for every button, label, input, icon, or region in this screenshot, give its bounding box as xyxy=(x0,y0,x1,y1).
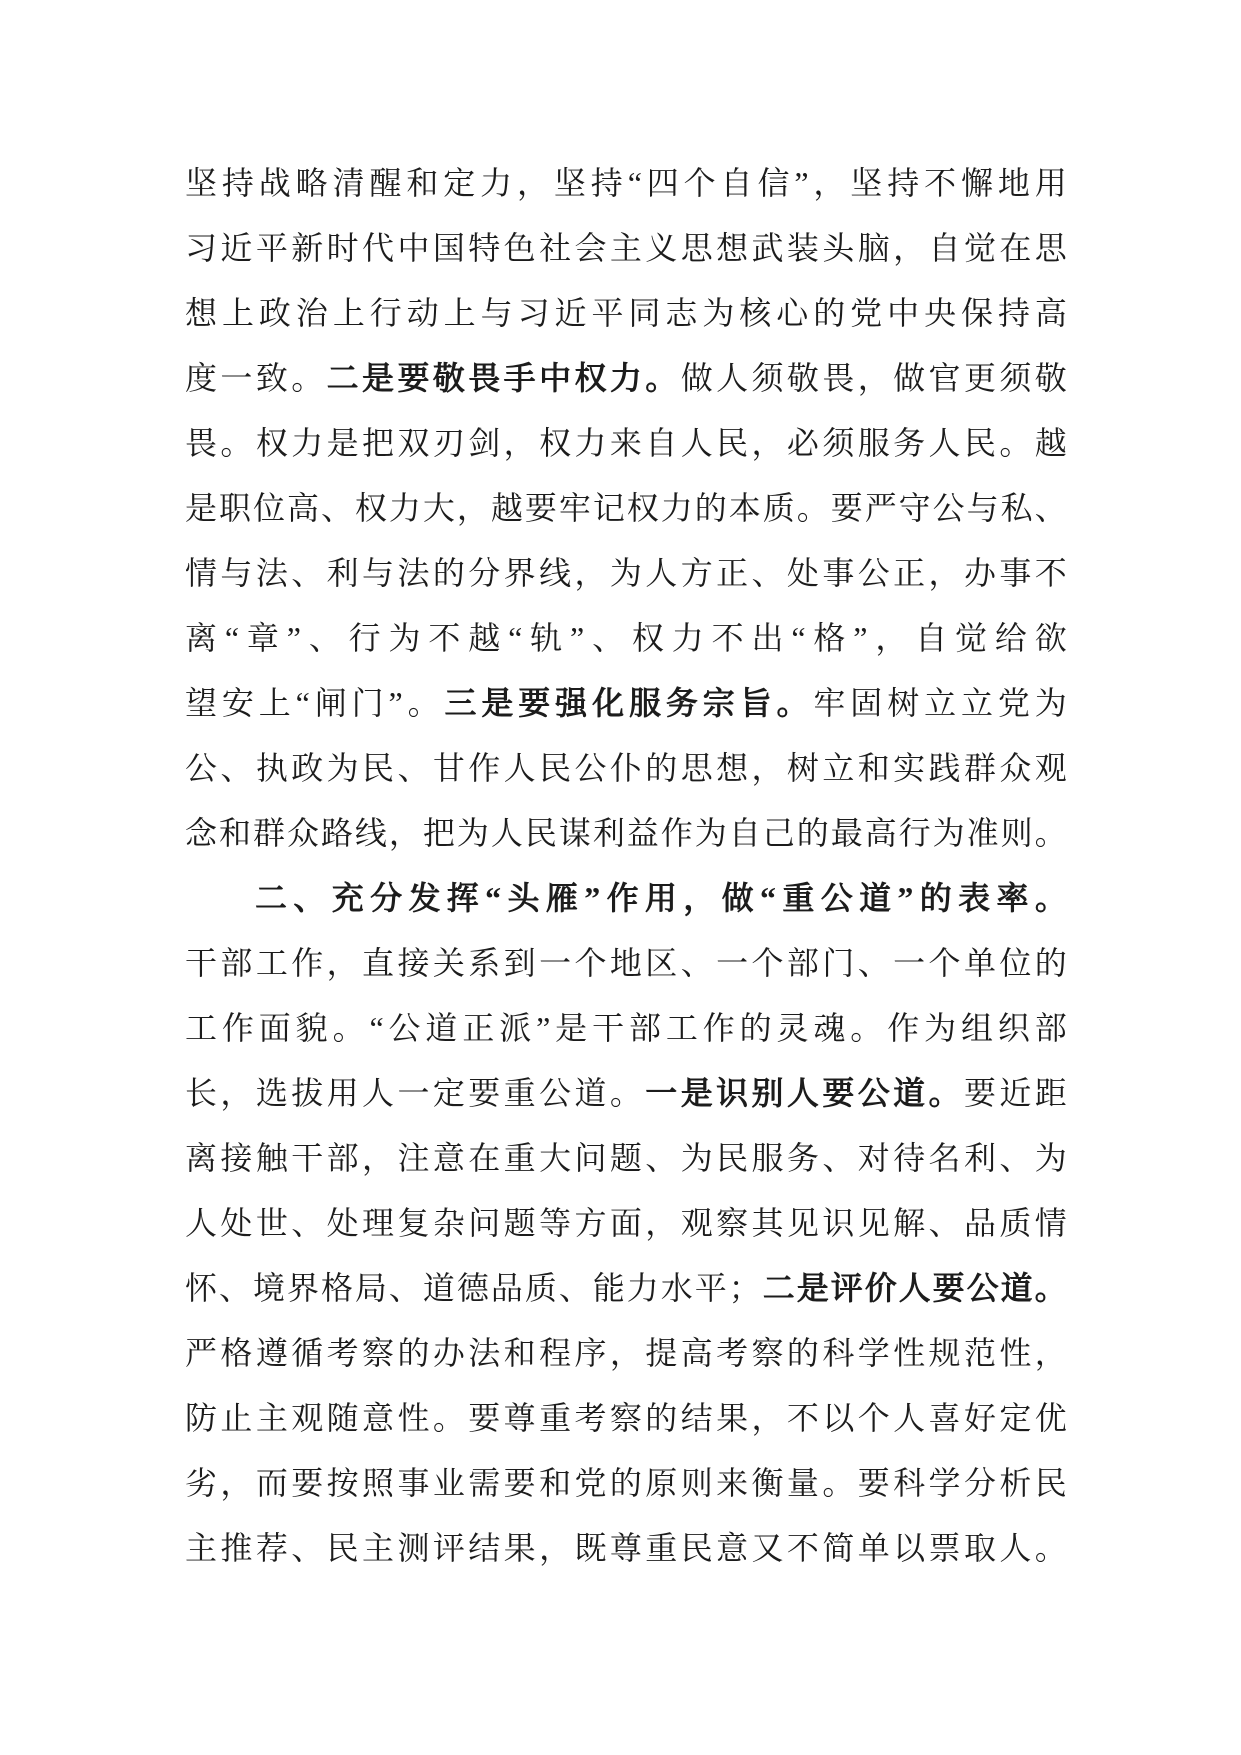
text-line: 长，选拔用人一定要重公道。一是识别人要公道。要近距 xyxy=(185,1061,1067,1126)
document-page: 坚持战略清醒和定力，坚持“四个自信”，坚持不懈地用习近平新时代中国特色社会主义思… xyxy=(0,0,1241,1755)
text-line: 严格遵循考察的办法和程序，提高考察的科学性规范性， xyxy=(185,1321,1067,1386)
text-line: 工作面貌。“公道正派”是干部工作的灵魂。作为组织部 xyxy=(185,996,1067,1061)
text-line: 防止主观随意性。要尊重考察的结果，不以个人喜好定优 xyxy=(185,1386,1067,1451)
text-line: 二、充分发挥“头雁”作用，做“重公道”的表率。 xyxy=(185,866,1067,931)
text-line: 人处世、处理复杂问题等方面，观察其见识见解、品质情 xyxy=(185,1191,1067,1256)
text-line: 情与法、利与法的分界线，为人方正、处事公正，办事不 xyxy=(185,541,1067,606)
text-line: 习近平新时代中国特色社会主义思想武装头脑，自觉在思 xyxy=(185,216,1067,281)
text-line: 公、执政为民、甘作人民公仆的思想，树立和实践群众观 xyxy=(185,736,1067,801)
text-line: 怀、境界格局、道德品质、能力水平；二是评价人要公道。 xyxy=(185,1256,1067,1321)
text-line: 坚持战略清醒和定力，坚持“四个自信”，坚持不懈地用 xyxy=(185,151,1067,216)
text-line: 干部工作，直接关系到一个地区、一个部门、一个单位的 xyxy=(185,931,1067,996)
text-line: 畏。权力是把双刃剑，权力来自人民，必须服务人民。越 xyxy=(185,411,1067,476)
text-line: 离接触干部，注意在重大问题、为民服务、对待名利、为 xyxy=(185,1126,1067,1191)
text-line: 主推荐、民主测评结果，既尊重民意又不简单以票取人。 xyxy=(185,1516,1067,1581)
text-line: 想上政治上行动上与习近平同志为核心的党中央保持高 xyxy=(185,281,1067,346)
text-line: 是职位高、权力大，越要牢记权力的本质。要严守公与私、 xyxy=(185,476,1067,541)
text-block: 坚持战略清醒和定力，坚持“四个自信”，坚持不懈地用习近平新时代中国特色社会主义思… xyxy=(185,151,1067,1581)
text-line: 离“章”、行为不越“轨”、权力不出“格”，自觉给欲 xyxy=(185,606,1067,671)
text-line: 望安上“闸门”。三是要强化服务宗旨。牢固树立立党为 xyxy=(185,671,1067,736)
text-line: 念和群众路线，把为人民谋利益作为自己的最高行为准则。 xyxy=(185,801,1067,866)
text-line: 度一致。二是要敬畏手中权力。做人须敬畏，做官更须敬 xyxy=(185,346,1067,411)
text-line: 劣，而要按照事业需要和党的原则来衡量。要科学分析民 xyxy=(185,1451,1067,1516)
